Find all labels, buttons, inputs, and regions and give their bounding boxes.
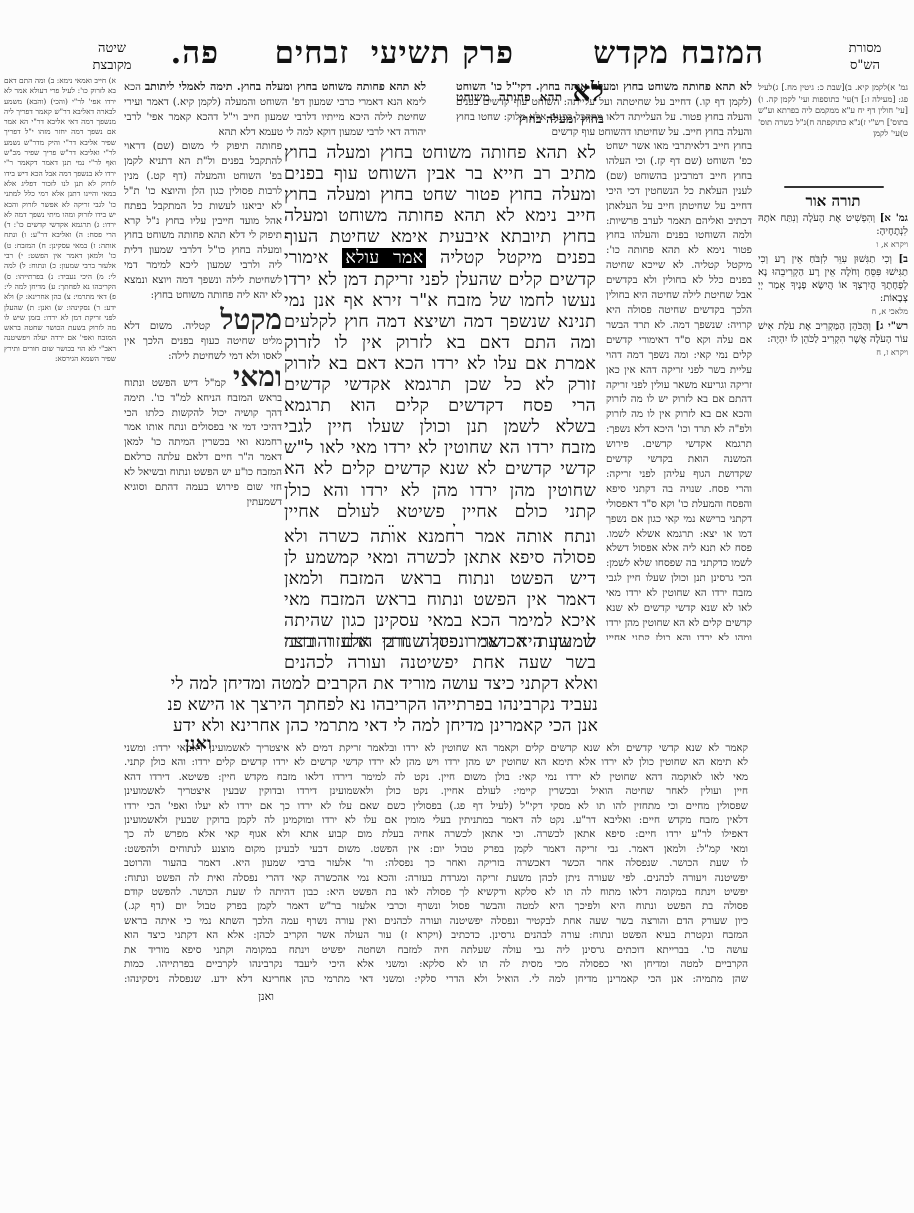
masoret-hashas-label: מסורת הש"ס (830, 40, 900, 74)
gemara-line: אמרת אם עלו לא ירדו הכא דאם בא לזרוק (284, 354, 596, 375)
tosafot-top-block: לא תהא פחותה משוחט בחוץ ומעלה בחוץ. תימה… (124, 80, 426, 138)
commentary-line: ומאי קמ"ל: ולמאן דאמר. גבי זריקה דאמר לק… (124, 843, 748, 857)
commentary-line: לא תימא הא שחוטין כולן לא ירדו אלא תימא … (124, 756, 748, 770)
gemara-wide-lines: ואלא דקתני כיצד עושה מוריד את הקרבים למט… (168, 674, 598, 740)
verse-ref: ויקרא א, ו (758, 238, 908, 251)
gemara-line: ומה התם דאם בא לזרוק אין לו לזרוק (284, 333, 596, 354)
daf-number: פה. (171, 38, 220, 69)
verse-label: רש"י ג] (875, 321, 908, 332)
ornament-divider (784, 186, 884, 188)
commentary-catchword: ואנן (258, 990, 274, 1005)
masoret-label-line1: מסורת (830, 40, 900, 57)
shita-mekubetzet-text: א) חייב ואמאי נימא: ב) ומה התם דאם בא לז… (4, 76, 116, 912)
torah-or-title: תורה אור (758, 192, 908, 211)
torah-or-verse: רש"י ג] וְהַכֹּהֵן הַמַּקְרִיב אֶת עֹלַת… (758, 320, 908, 359)
shita-label-line1: שיטה (84, 40, 140, 57)
commentary-line: כיון שעורק הדם והורצה בשר שעה אחת לבקטיר… (124, 915, 748, 929)
chapter-name: המזבח מקדש (593, 38, 764, 69)
commentary-line: הקרביים למטה ומדיחן ואי כפסולה מכי מסית … (124, 958, 748, 972)
gemara-line: חייב נימא לא תהא פחותה משוחט ומעלה (284, 206, 596, 227)
gemara-line: תנינא שנשפך דמה ושיצא דמה חוץ לקלעים (284, 312, 596, 333)
tosafot-heading-miktal: מקטל (220, 303, 282, 336)
verse-label: גמ' א] (880, 213, 908, 224)
gemara-line: שחוטין מהן ירדו מהן לא ירדו והא כולן (284, 481, 596, 502)
verse-ref: מלאכי א, ח (758, 305, 908, 318)
gemara-opening: לא תהא פחותה משוחט בחוץ ומעלה בחוץ (456, 80, 604, 136)
commentary-line: שפסולין מחיים וכי מתחזין להו תו לא מסקי … (124, 800, 748, 814)
gemara-text: בפנים מיקטל קטליה (440, 248, 596, 268)
gemara-line: ונתח אותה אמר רחמנא אותה כשרה ולא (284, 527, 596, 548)
commentary-line: חיין ועולין לאחר שחיטה הואיל ובכשרין קיי… (124, 785, 748, 799)
rashi-column-cont (606, 640, 752, 740)
torah-or-verses: גמ' א] וְהִפְשִׁיט אֶת הָעֹלָה וְנִתַּח … (758, 212, 908, 372)
gemara-line: בשלא לשמן תנן וכולן שעלו חיין לגבי (284, 417, 596, 438)
masoret-label-line2: הש"ס (830, 57, 900, 74)
torah-or-verse: ב] וְכִי תַגִּשׁוּן עִוֵּר לִזְבֹּחַ אֵי… (758, 253, 908, 318)
gemara-line: קדשים קלים שהעלן לפני זריקת דמן לא ירדו (284, 270, 596, 291)
gemara-line: אנן הכי קאמרינן מדיחן למה לי דאי מתרמי כ… (168, 716, 598, 737)
gemara-line: הרי פסח דקדשים קלים הוא תרגמא (284, 396, 596, 417)
tosafot-heading-umai: ומאי (233, 360, 282, 393)
gemara-line: נעביד נקרבינהו בפרתייהו הקריבהו נא לפחתך… (168, 695, 598, 716)
gemara-line: בפנים מיקטל קטליה אמר עולא אימורי (284, 248, 596, 269)
gemara-opening-word: לא (573, 80, 604, 108)
torah-or-verse: גמ' א] וְהִפְשִׁיט אֶת הָעֹלָה וְנִתַּח … (758, 212, 908, 251)
gemara-line: דיש הפשט ונתוח בראש המזבח ולמאן (284, 569, 596, 590)
rashi-column: בחוץ חייב דלאיתרבי מאו אשר ישחט כפ' השוח… (606, 140, 752, 640)
commentary-line: עושה כו'. בברייתא דוכתים גרסינן ליה גבי … (124, 944, 748, 958)
gemara-line: בחוץ תיובתא איבעית אימא שחיטת העוף (284, 227, 596, 248)
gemara-line: דאמר אין הפשט ונתוח בראש המזבח מאי (284, 590, 596, 611)
gemara-line: זורק לא כל שכן תרגמא אקדשי קדשים (284, 375, 596, 396)
commentary-line: דלאין מזבח מקדש חיים: ואליבא דר"ע. נקט ל… (124, 814, 748, 828)
gemara-line: נעשו לחמו של מזבח א"ר זירא אף אנן נמי (284, 291, 596, 312)
gemara-line: פסולה סיפא אתאן לכשרה ומאי קמשמע לן (284, 548, 596, 569)
commentary-line: יפשיטנה ויעורה לכהנים. לפי שעורה ניתן לכ… (124, 872, 748, 886)
gemara-line: מתיב רב חייא בר אבין השוחט עוף בפנים (284, 164, 596, 185)
gemara-line-wrap: שמעון היא דאמר כיון שנזרק הדם והורצה (284, 632, 596, 654)
highlighted-phrase[interactable]: אמר עולא (342, 248, 426, 268)
gemara-text: אימורי (284, 248, 329, 268)
gemara-line: איכא למימר הכא במאי עסקינן כגון שהיתה (284, 611, 596, 632)
commentary-line: דאפילו לר"ע ירדו חיים: סיפא אתאן לכשרה. … (124, 828, 748, 842)
verse-label: ב] (898, 254, 908, 265)
gemara-line: ומעלה בחוץ פטור שחט בחוץ ומעלה בחוץ (284, 185, 596, 206)
commentary-line: לו שעת הכושר. שנפסלה אחר הכשר דאכשרה בזר… (124, 857, 748, 871)
bottom-commentary: קאמר לא שנא קדשי קדשים ולא שנא קדשים קלי… (124, 742, 748, 988)
gemara-line: שמעון היא דאמר כיון שנזרק הדם והורצה (284, 632, 596, 653)
commentary-line: פסולה בת הפשט ונתוח היא ולפיכך היא למטה … (124, 900, 748, 914)
tractate-name: זבחים (275, 38, 349, 69)
chapter-number: פרק תשיעי (371, 38, 514, 69)
commentary-line: שהן מתמיה: אנן הכי קאמרינן מדיחן למה לי.… (124, 973, 748, 987)
gemara-main-text-cont: ונתח אותה אמר רחמנא אותה כשרה ולא פסולה … (284, 527, 596, 647)
gemara-line: ואלא דקתני כיצד עושה מוריד את הקרבים למט… (168, 674, 598, 695)
tosafot-column: פחותה תיפוק לי משום (שם) דראוי להתקבל בפ… (124, 140, 282, 640)
verse-text: וְכִי תַגִּשׁוּן עִוֵּר לִזְבֹּחַ אֵין ר… (758, 254, 908, 304)
shita-mekubetzet-label: שיטה מקובצת (84, 40, 140, 74)
gemara-line: לא תהא פחותה משוחט בחוץ ומעלה בחוץ (284, 143, 596, 164)
commentary-line: יפשיט וינתח במקומה דלאו מתוח לה תו לא סל… (124, 886, 748, 900)
masoret-hashas-notes: גמ' א)לקמן קיא. ב)[שבת כ: גיטין מח.] ג)ל… (758, 82, 908, 170)
shita-label-line2: מקובצת (84, 57, 140, 74)
commentary-line: המזבח ונקטרת בעיא הפשט ונתוח: עורה לבהני… (124, 929, 748, 943)
gemara-line: קדשי קדשים לא שנא קדשים קלים לא הא (284, 459, 596, 480)
commentary-line: מאי לאו לאוקמה דהא שחוטין לא ירדו נמי קא… (124, 771, 748, 785)
commentary-line: קאמר לא שנא קדשי קדשים ולא שנא קדשים קלי… (124, 742, 748, 756)
tosafot-text: פחותה תיפוק לי משום (שם) דראוי להתקבל בפ… (124, 141, 282, 301)
tosafot-text: קמ"ל דיש הפשט ונתוח בראש המזבח הניחא למ"… (124, 378, 282, 508)
verse-ref: ויקרא ז, ח (758, 346, 908, 359)
tosafot-dibur-hamatchil: לא תהא פחותה משוחט בחוץ ומעלה בחוץ. תימה… (145, 80, 426, 93)
gemara-line: מזבח ירדו הא שחוטין לא ירדו מאי לאו ל"ש (284, 438, 596, 459)
gemara-line: קתני כולם אחיין פשיטא לעולם אחיין (284, 502, 596, 523)
